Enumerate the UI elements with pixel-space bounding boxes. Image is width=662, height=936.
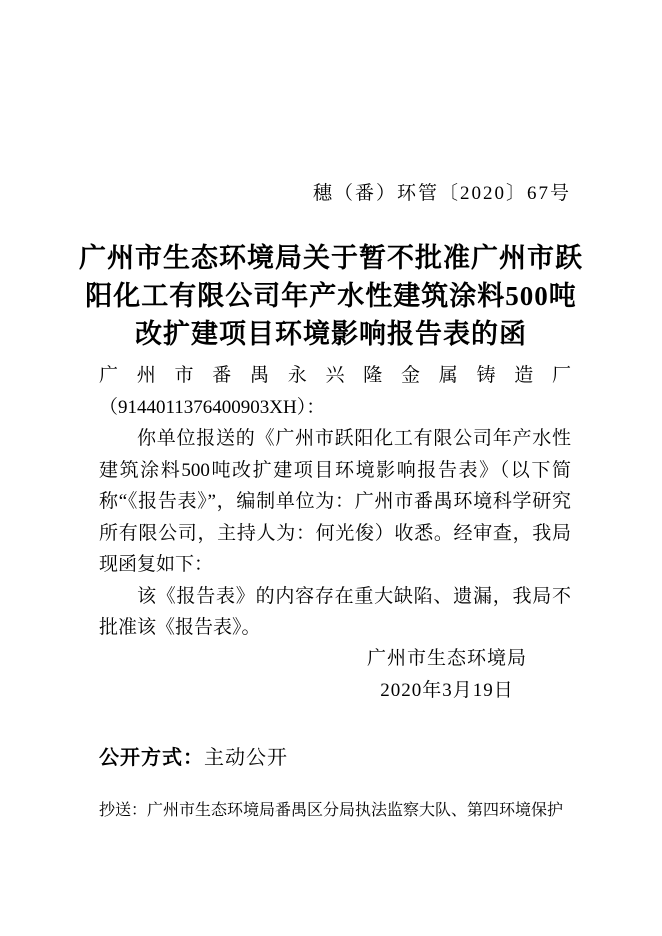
title-line-1: 广州市生态环境局关于暂不批准广州市跃 xyxy=(0,239,662,277)
publicity-method: 公开方式：主动公开 xyxy=(99,741,288,770)
body-paragraph-2: 该《报告表》的内容存在重大缺陷、遗漏，我局不批准该《报告表》。 xyxy=(99,581,571,644)
addressee-line: 广州市番禺永兴隆金属铸造厂（9144011376400903XH）： xyxy=(99,360,571,423)
document-title: 广州市生态环境局关于暂不批准广州市跃 阳化工有限公司年产水性建筑涂料500吨 改… xyxy=(0,239,662,353)
signature-block: 广州市生态环境局 2020年3月19日 xyxy=(367,643,527,707)
body-paragraph-1: 你单位报送的《广州市跃阳化工有限公司年产水性建筑涂料500吨改扩建项目环境影响报… xyxy=(99,423,571,581)
issue-date: 2020年3月19日 xyxy=(367,675,527,707)
document-page: 穗（番）环管〔2020〕67号 广州市生态环境局关于暂不批准广州市跃 阳化工有限… xyxy=(0,0,662,936)
issuer-signature: 广州市生态环境局 xyxy=(367,643,527,675)
doc-number: 穗（番）环管〔2020〕67号 xyxy=(313,178,571,205)
title-line-3: 改扩建项目环境影响报告表的函 xyxy=(0,315,662,353)
title-line-2: 阳化工有限公司年产水性建筑涂料500吨 xyxy=(0,277,662,315)
publicity-value: 主动公开 xyxy=(204,747,288,769)
letter-body: 广州市番禺永兴隆金属铸造厂（9144011376400903XH）： 你单位报送… xyxy=(99,360,571,644)
cc-line: 抄送：广州市生态环境局番禺区分局执法监察大队、第四环境保护 xyxy=(99,797,579,820)
publicity-label: 公开方式： xyxy=(99,747,204,769)
